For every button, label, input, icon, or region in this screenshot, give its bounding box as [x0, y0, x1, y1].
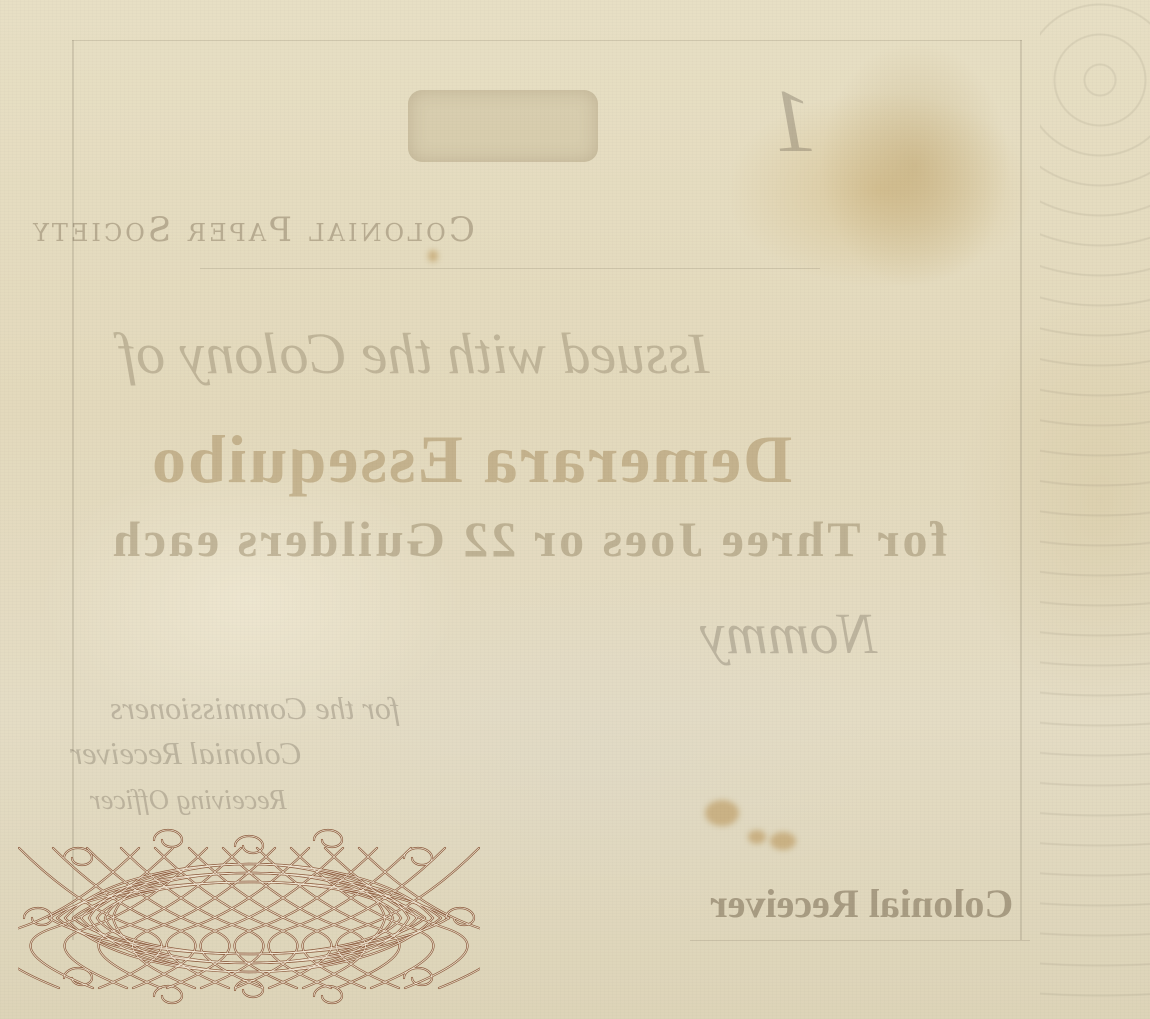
society-title: Colonial Paper Society: [30, 210, 475, 250]
signature-script: Nommy: [700, 600, 877, 667]
stain: [428, 250, 438, 262]
colony-name: Demerara Essequibo: [150, 420, 792, 499]
left-block-line-1: for the Commissioners: [110, 690, 400, 727]
stain: [705, 800, 739, 826]
stain: [748, 830, 766, 844]
stain: [770, 832, 796, 850]
left-block-line-3: Receiving Officer: [90, 785, 287, 817]
frame-line-right: [1020, 40, 1022, 940]
left-block-line-2: Colonial Receiver: [70, 735, 302, 772]
banknote-reverse: 1 Colonial Paper Society Issued with the…: [0, 0, 1150, 1019]
vignette-showthrough: [820, 40, 1010, 290]
side-ornament-panel: [1040, 0, 1150, 1019]
issued-script: Issued with the Colony of: [120, 320, 710, 387]
colonial-receiver-label: Colonial Receiver: [710, 880, 1013, 927]
value-line: for Three Joes or 22 Guilders each: [110, 510, 947, 568]
frame-line-left: [72, 40, 74, 940]
frame-line-top: [72, 40, 1022, 41]
denomination-tablet: [408, 90, 598, 162]
guilloche-knotwork-emblem: [18, 828, 480, 1008]
receiver-underline: [690, 940, 1030, 941]
society-underline: [200, 268, 820, 269]
serial-mark: 1: [770, 70, 815, 173]
